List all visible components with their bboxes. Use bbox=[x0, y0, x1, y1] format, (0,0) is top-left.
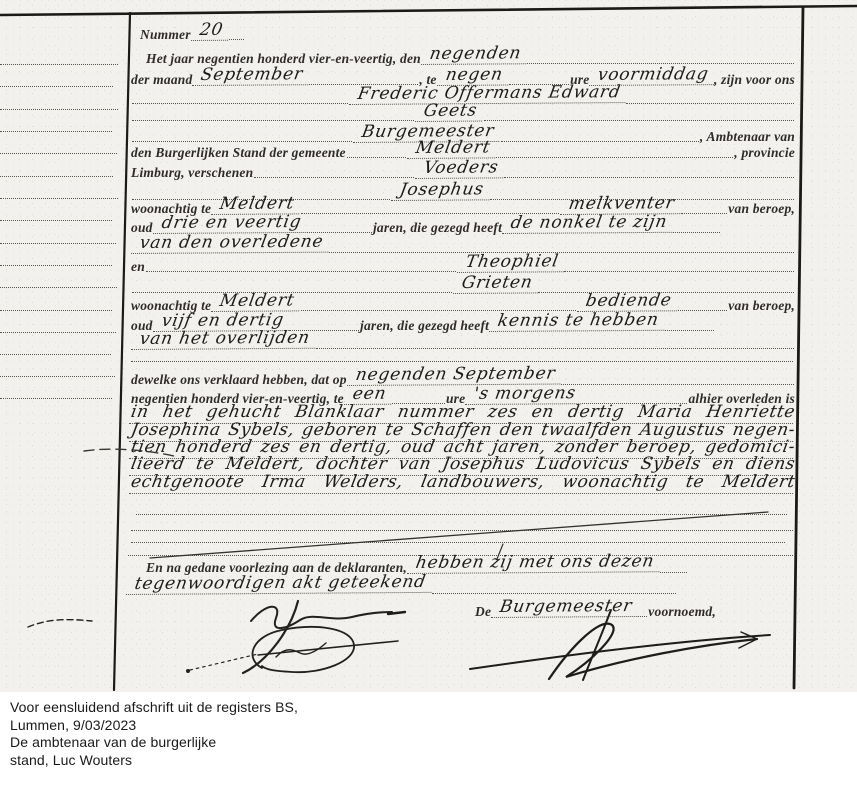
nummer-value-handwritten: 20 bbox=[191, 21, 232, 41]
dotted-rule bbox=[131, 542, 785, 543]
row-verschenen: Limburg, verschenen Voeders bbox=[131, 159, 795, 181]
caption-line: De ambtenaar van de burgerlijke bbox=[10, 734, 298, 752]
dotted-rule bbox=[229, 37, 244, 40]
declarant-signature bbox=[28, 601, 398, 673]
dotted-rule bbox=[504, 175, 794, 178]
deceased-details-line: echtgenoote Irma Welders, landbouwers, w… bbox=[129, 473, 797, 494]
dotted-rule bbox=[146, 269, 456, 272]
margin-rule-stub bbox=[0, 332, 116, 333]
dotted-rule bbox=[638, 614, 647, 617]
dotted-rule bbox=[660, 570, 687, 573]
printed-text: voornoemd, bbox=[648, 603, 716, 620]
printed-text: De bbox=[475, 603, 491, 620]
page-border-right bbox=[794, 7, 803, 688]
dotted-rule bbox=[254, 175, 413, 178]
printed-text: Limburg, verschenen bbox=[131, 164, 253, 181]
handwritten-entry: tegenwoordigen akt geteekend bbox=[126, 573, 434, 595]
dotted-rule bbox=[564, 269, 794, 272]
margin-rule-stub bbox=[0, 354, 111, 355]
row-nummer: Nummer 20 bbox=[140, 21, 245, 43]
margin-rule-stub bbox=[0, 131, 112, 132]
margin-rule-stub bbox=[0, 398, 112, 399]
handwritten-entry: Meldert bbox=[211, 291, 303, 312]
caption-line: Voor eensluidend afschrift uit de regist… bbox=[10, 699, 298, 717]
margin-rule-stub bbox=[0, 64, 118, 65]
row-en: en Theophiel bbox=[131, 253, 795, 275]
row-slot2: tegenwoordigen akt geteekend bbox=[126, 575, 677, 597]
handwritten-entry: hebben zij met ons dezen bbox=[407, 552, 663, 574]
handwritten-entry: drie en veertig bbox=[153, 213, 310, 234]
dotted-rule bbox=[678, 308, 728, 311]
margin-rule-stub bbox=[0, 376, 115, 377]
row-ondertekening: De Burgemeester voornoemd, bbox=[475, 598, 737, 620]
caption-line: Lummen, 9/03/2023 bbox=[10, 717, 298, 735]
margin-rule-stub bbox=[0, 86, 113, 87]
handwritten-entry: negenden bbox=[421, 44, 530, 65]
dotted-rule bbox=[132, 118, 414, 121]
margin-rule-stub bbox=[0, 220, 112, 221]
dotted-rule bbox=[316, 346, 794, 349]
caption-line: stand, Luc Wouters bbox=[10, 752, 298, 770]
handwritten-entry: Theophiel bbox=[457, 252, 567, 273]
handwritten-entry: kennis te hebben bbox=[489, 311, 667, 332]
printed-text: en bbox=[131, 258, 145, 275]
margin-rule-stub bbox=[0, 265, 112, 266]
dotted-rule bbox=[432, 591, 676, 594]
handwritten-entry: bediende bbox=[577, 291, 680, 312]
handwritten-entry: Burgemeester bbox=[491, 597, 641, 618]
dotted-rule bbox=[131, 361, 793, 362]
row-oud2b: van het overlijden bbox=[131, 330, 795, 352]
margin-rule-stub bbox=[0, 310, 112, 311]
margin-rule-stub bbox=[0, 176, 113, 177]
handwritten-entry: September bbox=[192, 65, 311, 86]
handwritten-entry: de nonkel te zijn bbox=[502, 213, 676, 234]
handwritten-entry: Voeders bbox=[415, 158, 507, 179]
handwritten-entry: Grieten bbox=[453, 273, 541, 294]
dotted-rule bbox=[131, 530, 793, 531]
certification-caption: Voor eensluidend afschrift uit de regist… bbox=[10, 699, 298, 769]
page-border-top bbox=[0, 6, 857, 15]
margin-rule-stub bbox=[0, 153, 117, 154]
margin-rule-stub bbox=[0, 109, 118, 110]
margin-rule-stub bbox=[0, 243, 116, 244]
margin-rule-stub bbox=[0, 198, 118, 199]
dotted-rule bbox=[496, 155, 733, 158]
nummer-label: Nummer bbox=[140, 26, 191, 43]
scanned-register-page: Nummer 20 Het jaar negentien honderd vie… bbox=[0, 0, 857, 692]
handwritten-entry: Geets bbox=[415, 102, 486, 122]
dotted-rule bbox=[136, 514, 787, 515]
handwritten-entry: van den overledene bbox=[131, 233, 332, 254]
strike-through-line bbox=[150, 512, 768, 558]
margin-rule-stub bbox=[0, 287, 117, 288]
burgemeester-signature bbox=[388, 610, 770, 680]
handwritten-entry: Meldert bbox=[407, 138, 499, 159]
dotted-rule bbox=[484, 118, 794, 121]
handwritten-entry: van het overlijden bbox=[131, 329, 318, 350]
dotted-rule bbox=[673, 230, 719, 233]
dotted-rule bbox=[347, 155, 406, 158]
